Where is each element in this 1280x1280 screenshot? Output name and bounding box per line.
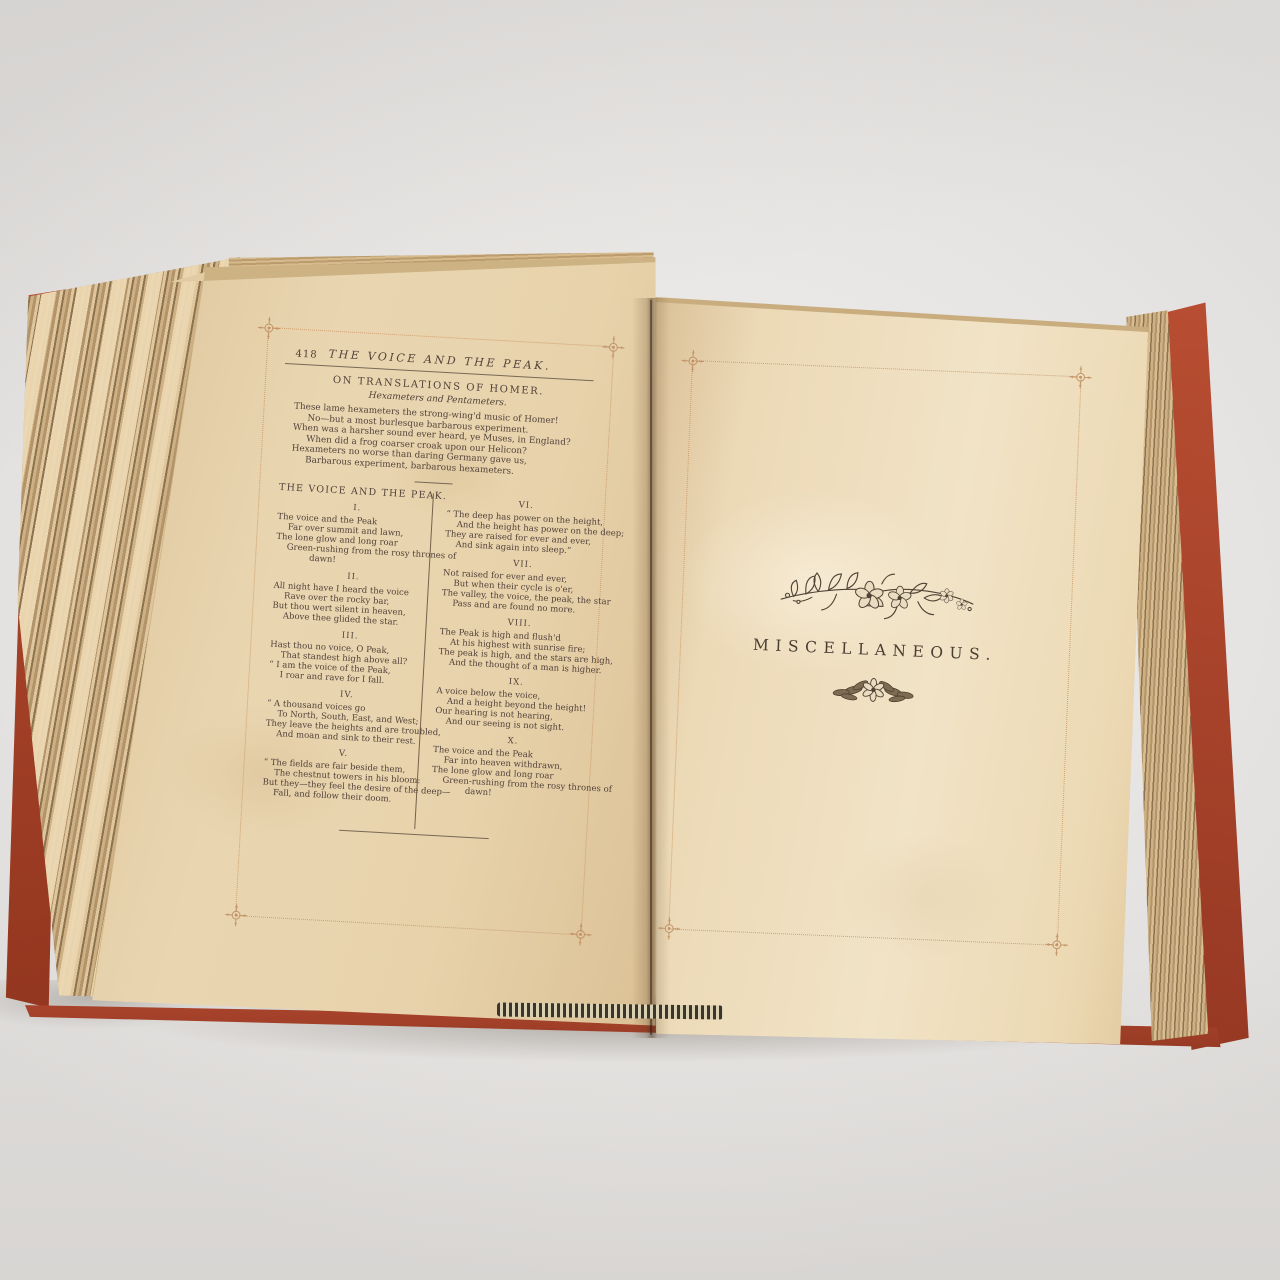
stanza: II. All night have I heard the voice Rav… bbox=[272, 567, 433, 629]
section-divider-rule bbox=[414, 481, 452, 484]
leaf-ornament-icon bbox=[822, 673, 925, 709]
corner-ornament-icon bbox=[255, 314, 282, 341]
left-column: THE VOICE AND THE PEAK. I. The voice and… bbox=[257, 480, 443, 808]
stanza: I. The voice and the Peak Far over summi… bbox=[275, 498, 437, 570]
floral-spray-icon bbox=[774, 565, 980, 627]
half-title: MISCELLANEOUS. bbox=[681, 633, 1069, 667]
stanza: VIII. The Peak is high and flush'd At hi… bbox=[438, 614, 599, 676]
stanza: IV. “ A thousand voices go To North, Sou… bbox=[265, 685, 426, 747]
corner-ornament-icon bbox=[567, 921, 594, 948]
corner-ornament-icon bbox=[600, 334, 627, 361]
stanza: VII. Not raised for ever and ever, But w… bbox=[441, 555, 602, 617]
poem-title: THE VOICE AND THE PEAK. bbox=[279, 482, 438, 501]
left-page-frame: 418 THE VOICE AND THE PEAK. ON TRANSLATI… bbox=[235, 327, 614, 935]
homer-section: ON TRANSLATIONS OF HOMER. Hexameters and… bbox=[275, 372, 597, 482]
stanza: V. “ The fields are fair beside them, Th… bbox=[262, 744, 423, 806]
book-gutter-crease bbox=[650, 300, 652, 1035]
end-rule bbox=[339, 829, 489, 838]
stanza: IX. A voice below the voice, And a heigh… bbox=[435, 673, 596, 735]
right-column: VI. “ The deep has power on the height, … bbox=[425, 490, 611, 818]
voice-peak-section: THE VOICE AND THE PEAK. I. The voice and… bbox=[257, 480, 591, 816]
stanza: VI. “ The deep has power on the height, … bbox=[444, 496, 605, 558]
book-photo: 418 THE VOICE AND THE PEAK. ON TRANSLATI… bbox=[0, 0, 1280, 1280]
page-number: 418 bbox=[295, 349, 318, 361]
stanza: III. Hast thou no voice, O Peak, That st… bbox=[268, 626, 429, 688]
corner-ornament-icon bbox=[222, 901, 249, 928]
right-page-frame: MISCELLANEOUS. bbox=[668, 360, 1082, 946]
stanza: X. The voice and the Peak Far into heave… bbox=[431, 731, 593, 803]
